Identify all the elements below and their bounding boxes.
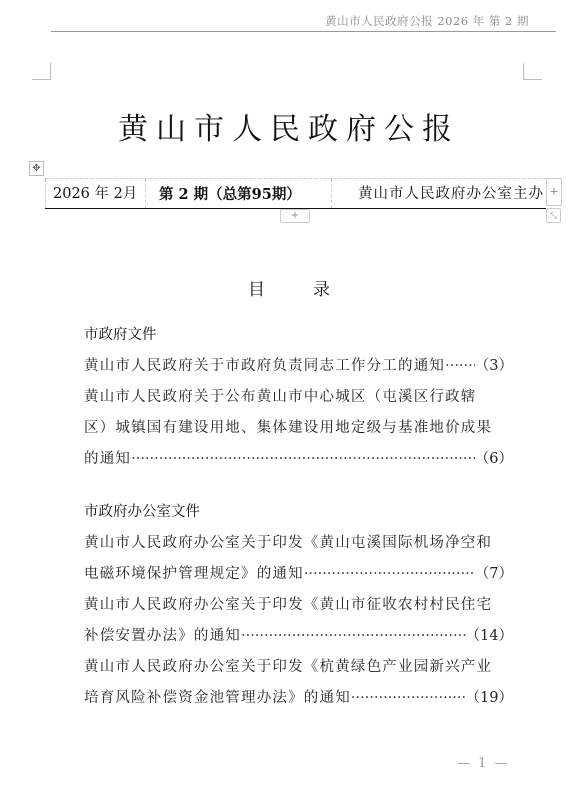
- toc-entry[interactable]: 黄山市人民政府关于市政府负责同志工作分工的通知·················…: [84, 351, 513, 382]
- header-rule: [51, 31, 556, 32]
- entry-text: 补偿安置办法》的通知: [84, 621, 241, 652]
- page-ref: （19）: [466, 683, 513, 714]
- entry-text: 黄山市人民政府办公室关于印发《黄山市征收农村村民住宅: [84, 590, 492, 621]
- dot-leader: ········································…: [445, 351, 475, 382]
- entry-text: 的通知: [84, 444, 131, 475]
- table-resize-handle-icon[interactable]: ⤡: [546, 208, 561, 223]
- entry-text: 黄山市人民政府办公室关于印发《黄山屯溪国际机场净空和: [84, 528, 492, 559]
- section-title: 市政府文件: [84, 320, 513, 351]
- page-ref: （6）: [475, 444, 513, 475]
- issue-date: 2026 年 2月: [45, 179, 146, 208]
- toc-entry[interactable]: 黄山市人民政府办公室关于印发《黄山屯溪国际机场净空和: [84, 528, 513, 559]
- page-ref: （3）: [475, 351, 513, 382]
- toc-entry-cont[interactable]: 培育风险补偿资金池管理办法》的通知·······················…: [84, 683, 513, 714]
- toc-heading-right: 录: [313, 275, 330, 300]
- dot-leader: ········································…: [304, 559, 475, 590]
- page-ref: （14）: [466, 621, 513, 652]
- organizer: 黄山市人民政府办公室主办: [332, 179, 546, 208]
- entry-text: 电磁环境保护管理规定》的通知: [84, 559, 304, 590]
- table-of-contents: 市政府文件 黄山市人民政府关于市政府负责同志工作分工的通知···········…: [84, 320, 513, 714]
- entry-text: 区）城镇国有建设用地、集体建设用地定级与基准地价成果: [84, 413, 492, 444]
- entry-text: 黄山市人民政府办公室关于印发《杭黄绿色产业园新兴产业: [84, 652, 492, 683]
- issue-number: 第 2 期（总第95期）: [146, 179, 332, 208]
- toc-entry[interactable]: 黄山市人民政府办公室关于印发《黄山市征收农村村民住宅: [84, 590, 513, 621]
- table-move-handle-icon[interactable]: ✥: [29, 161, 44, 176]
- toc-entry-cont[interactable]: 电磁环境保护管理规定》的通知··························…: [84, 559, 513, 590]
- page-number: — 1 —: [457, 756, 510, 771]
- document-title: 黄山市人民政府公报: [0, 104, 578, 148]
- entry-text: 培育风险补偿资金池管理办法》的通知: [84, 683, 351, 714]
- toc-entry-cont[interactable]: 补偿安置办法》的通知······························…: [84, 621, 513, 652]
- margin-corner-mark-right: [523, 63, 542, 80]
- entry-text: 黄山市人民政府关于市政府负责同志工作分工的通知: [84, 351, 445, 382]
- section-title: 市政府办公室文件: [84, 497, 513, 528]
- running-header: 黄山市人民政府公报 2026 年 第 2 期: [325, 13, 529, 29]
- toc-heading-left: 目: [248, 275, 265, 300]
- dot-leader: ········································…: [131, 444, 475, 475]
- toc-heading: 目录: [0, 275, 578, 300]
- entry-text: 黄山市人民政府关于公布黄山市中心城区（屯溪区行政辖: [84, 382, 477, 413]
- dot-leader: ········································…: [351, 683, 466, 714]
- toc-entry-cont[interactable]: 区）城镇国有建设用地、集体建设用地定级与基准地价成果: [84, 413, 513, 444]
- margin-corner-mark-left: [32, 63, 51, 80]
- toc-entry[interactable]: 黄山市人民政府办公室关于印发《杭黄绿色产业园新兴产业: [84, 652, 513, 683]
- add-column-button[interactable]: +: [546, 178, 562, 206]
- page-ref: （7）: [475, 559, 513, 590]
- toc-entry[interactable]: 黄山市人民政府关于公布黄山市中心城区（屯溪区行政辖: [84, 382, 513, 413]
- toc-entry-cont[interactable]: 的通知·····································…: [84, 444, 513, 475]
- masthead-info-table: 2026 年 2月 第 2 期（总第95期） 黄山市人民政府办公室主办: [45, 178, 546, 209]
- dot-leader: ········································…: [241, 621, 466, 652]
- add-row-button[interactable]: +: [280, 209, 310, 223]
